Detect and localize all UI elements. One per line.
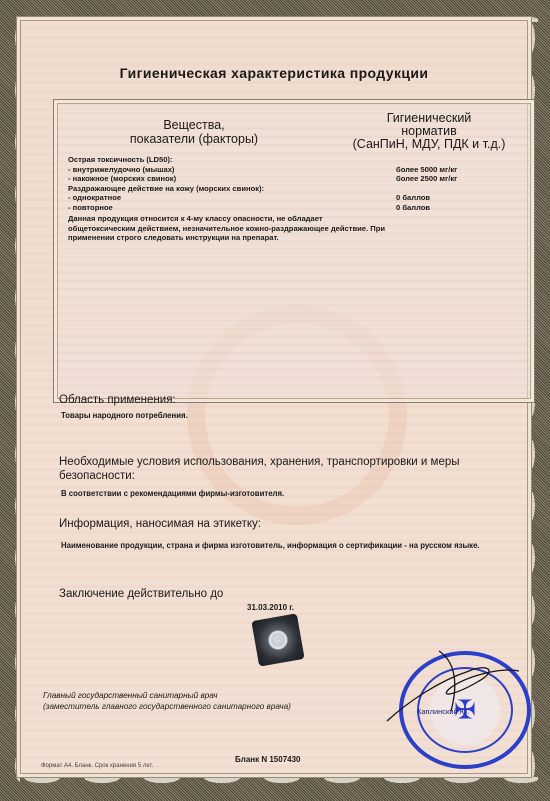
copyright-hologram-icon: © <box>268 630 289 651</box>
format-note: Формат А4. Бланк. Срок хранения 5 лет. <box>41 763 153 769</box>
row-value: более 5000 мг/кг <box>396 165 457 175</box>
row-label: Острая токсичность (LD50): <box>68 155 173 165</box>
border-wave-bottom <box>12 777 538 793</box>
label-info-heading: Информация, наносимая на этикетку: <box>59 517 261 531</box>
column-header-substances: Вещества, показатели (факторы) <box>94 118 294 146</box>
table-row: - внутрижелудочно (мышах) более 5000 мг/… <box>68 165 524 175</box>
blank-number: Бланк N 1507430 <box>235 755 300 764</box>
table-row: Острая токсичность (LD50): <box>68 155 524 165</box>
signatory-title: Главный государственный санитарный врач … <box>43 691 291 712</box>
row-label: - повторное <box>68 203 113 213</box>
row-label: Раздражающее действие на кожу (морских с… <box>68 184 264 194</box>
conditions-value: В соответствии с рекомендациями фирмы-из… <box>61 489 284 498</box>
row-label: - внутрижелудочно (мышах) <box>68 165 174 175</box>
row-value: 0 баллов <box>396 203 430 213</box>
table-row: Раздражающее действие на кожу (морских с… <box>68 184 524 194</box>
scope-heading: Область применения: <box>59 393 176 407</box>
table-row: - однократное 0 баллов <box>68 193 524 203</box>
hygiene-table: Вещества, показатели (факторы) Гигиениче… <box>53 99 535 403</box>
row-label: - однократное <box>68 193 121 203</box>
scope-value: Товары народного потребления. <box>61 411 188 420</box>
conditions-heading: Необходимые условия использования, хране… <box>59 455 499 483</box>
row-value: 0 баллов <box>396 193 430 203</box>
label-info-value: Наименование продукции, страна и фирма и… <box>61 541 480 550</box>
table-row: - повторное 0 баллов <box>68 203 524 213</box>
validity-date: 31.03.2010 г. <box>247 603 294 612</box>
row-value: более 2500 мг/кг <box>396 174 457 184</box>
signature-icon <box>379 641 529 731</box>
hologram-seal: © <box>251 613 304 666</box>
column-header-norm: Гигиенический норматив (СанПиН, МДУ, ПДК… <box>334 112 524 151</box>
table-row: - накожное (морских свинок) более 2500 м… <box>68 174 524 184</box>
validity-heading: Заключение действительно до <box>59 587 223 601</box>
table-rows: Острая токсичность (LD50): - внутрижелуд… <box>68 155 524 213</box>
hazard-class-note: Данная продукция относится к 4-му классу… <box>68 214 386 243</box>
document-title: Гигиеническая характеристика продукции <box>17 65 531 81</box>
certificate-page: Гигиеническая характеристика продукции В… <box>16 16 532 778</box>
row-label: - накожное (морских свинок) <box>68 174 176 184</box>
